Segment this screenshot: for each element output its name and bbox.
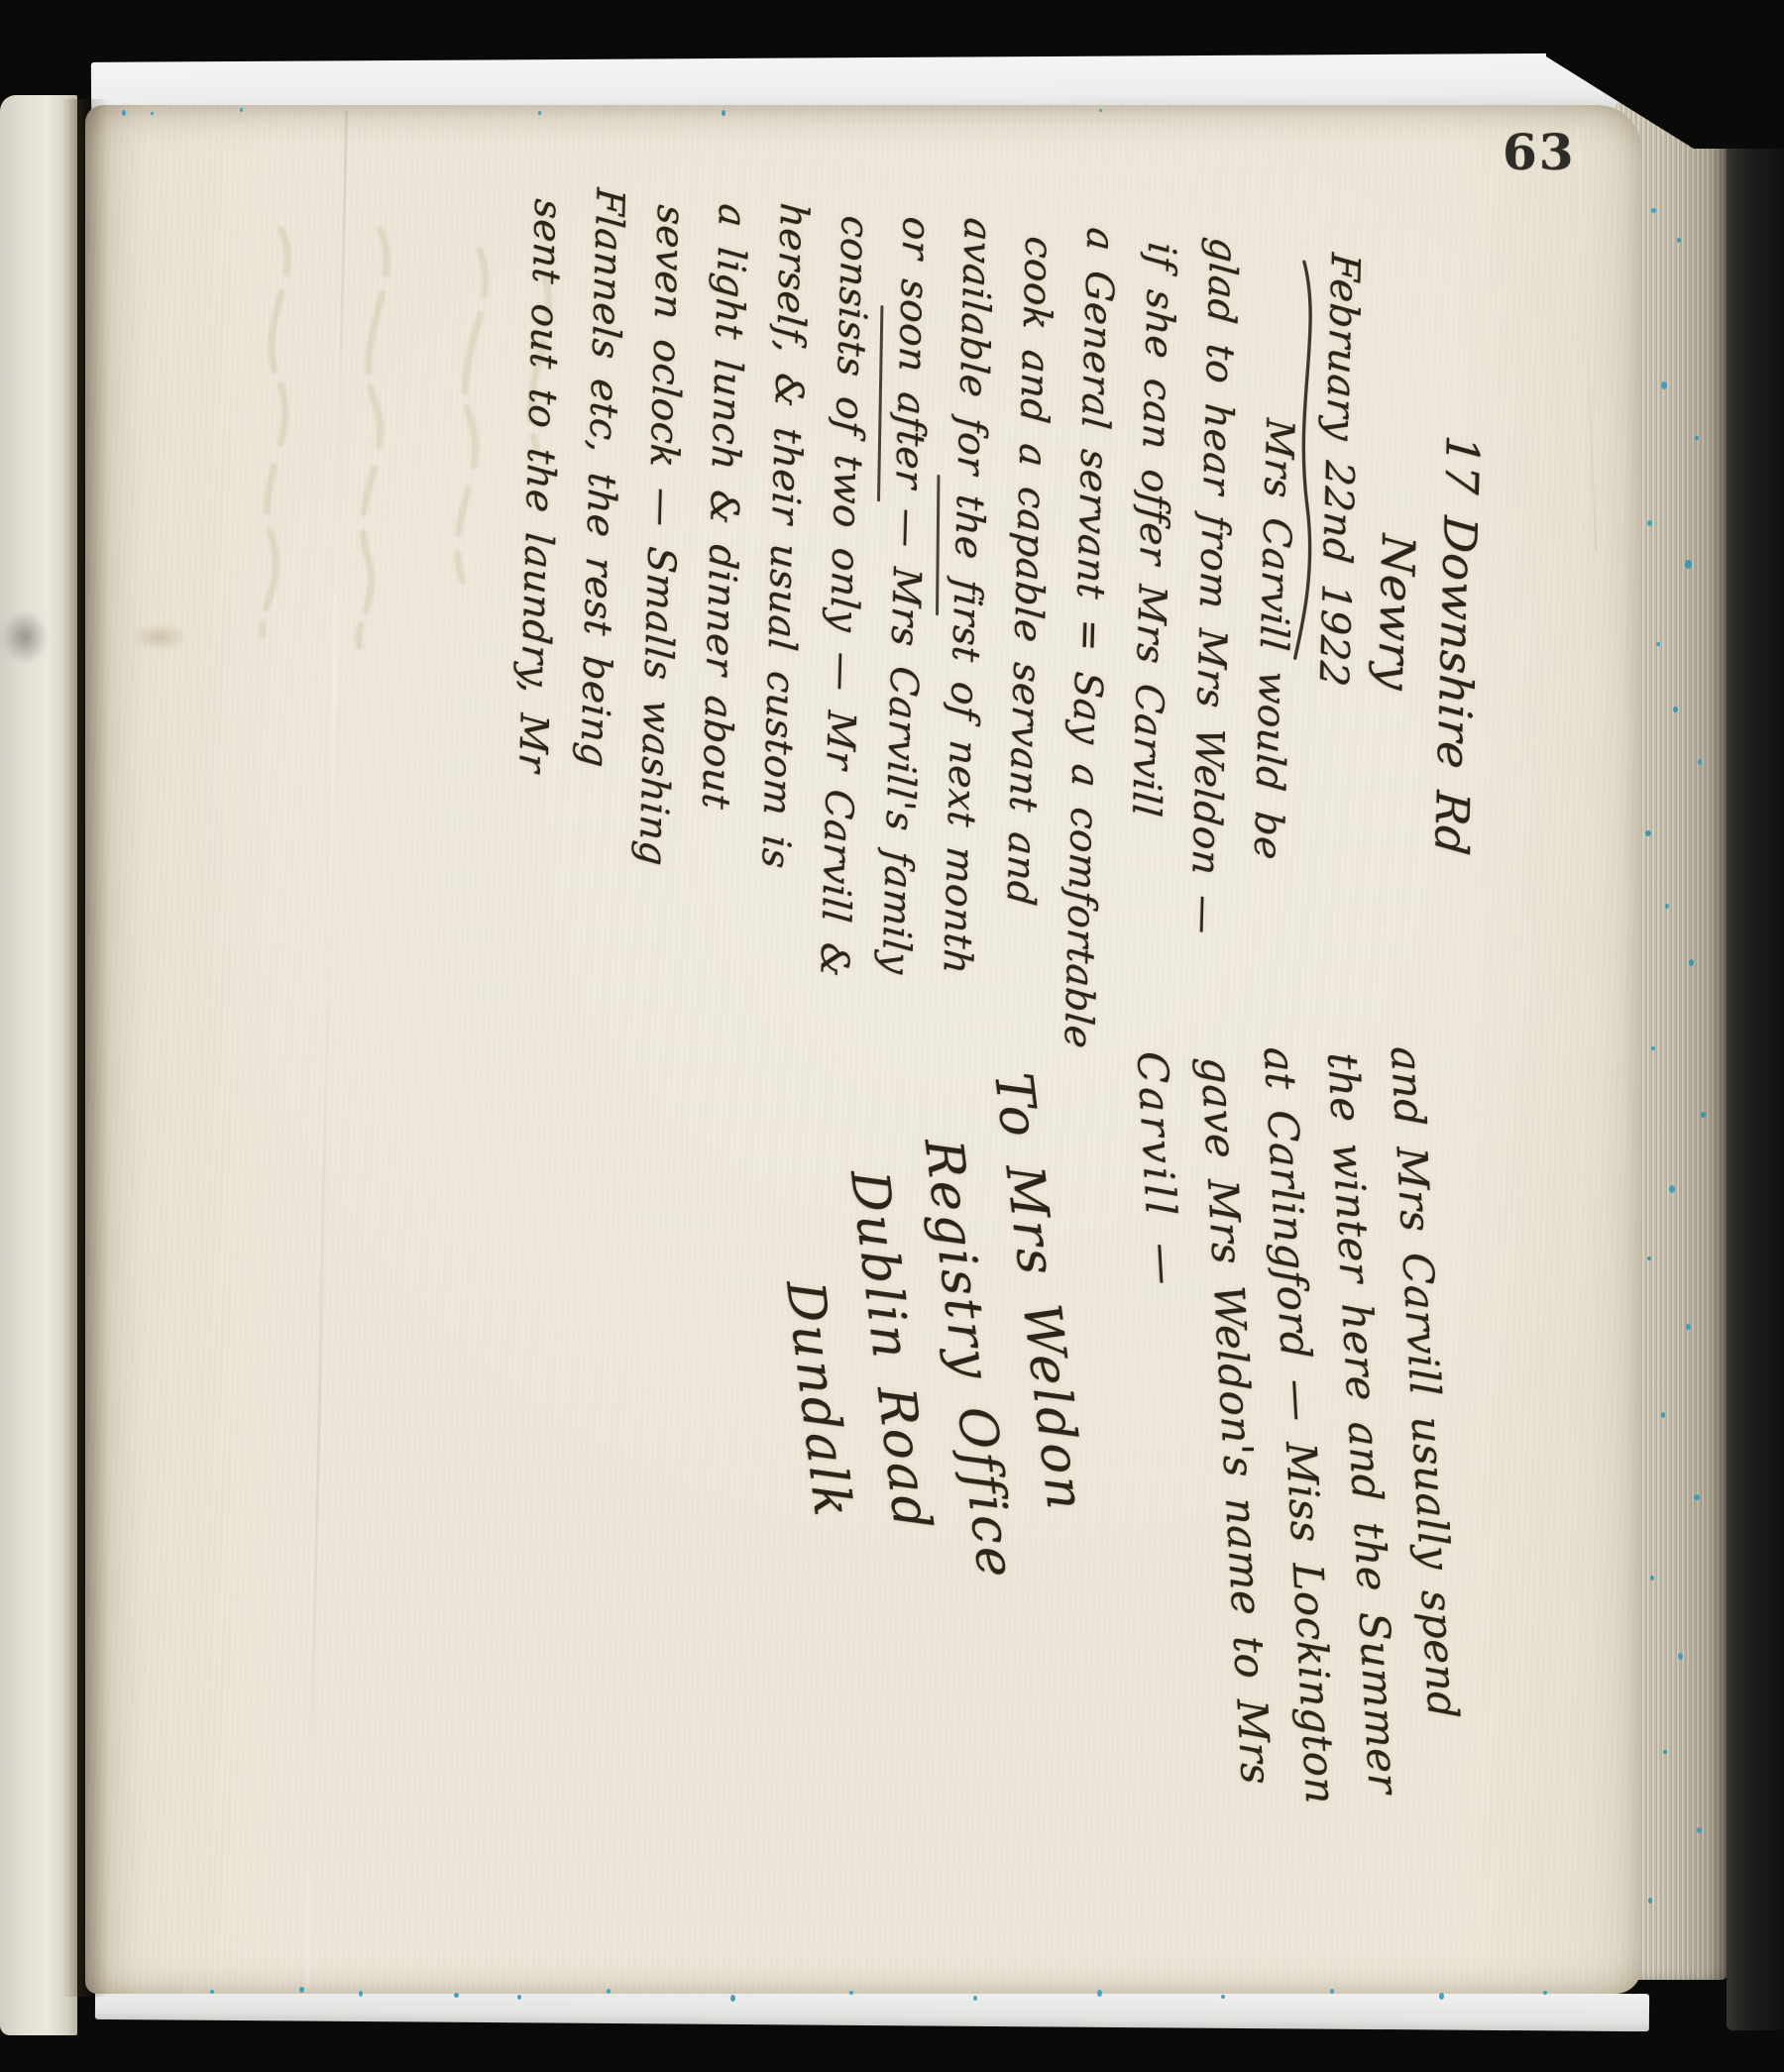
- book-scan: 63 17 Downshire RdNewryFebruary 22nd 192…: [0, 0, 1784, 2072]
- letter-body: Mrs Carvill would beglad to hear from Mr…: [493, 180, 1314, 1116]
- blue-ink-speck: [1645, 830, 1651, 836]
- blue-ink-speck: [1650, 1576, 1654, 1581]
- blue-ink-speck: [1661, 382, 1667, 389]
- blue-ink-speck: [1694, 1494, 1700, 1500]
- blue-ink-speck: [1686, 1324, 1691, 1330]
- blue-ink-speck: [1543, 1991, 1547, 1995]
- ink-smudge: [131, 624, 188, 650]
- blue-ink-speck: [454, 1993, 459, 1998]
- blue-ink-speck: [1697, 1827, 1702, 1833]
- blue-ink-speck: [849, 1991, 853, 1995]
- blue-ink-speck: [1647, 520, 1652, 526]
- blue-ink-speck: [1651, 1046, 1655, 1050]
- blue-ink-speck: [538, 111, 541, 115]
- book-gutter-shadow: [61, 99, 109, 1997]
- letter-continuation: and Mrs Carvill usually spendthe winter …: [1120, 1046, 1483, 1859]
- blue-ink-speck: [1701, 1112, 1706, 1118]
- blue-ink-speck: [1678, 1653, 1683, 1660]
- ink-smudge: [2, 610, 48, 664]
- blue-ink-speck: [240, 108, 243, 112]
- handwritten-letter: 17 Downshire RdNewryFebruary 22nd 1922 M…: [428, 226, 1499, 1821]
- blue-ink-speck: [1677, 238, 1681, 243]
- blue-ink-speck: [1651, 208, 1656, 213]
- blue-ink-speck: [730, 1995, 735, 2002]
- blue-ink-speck: [1665, 904, 1669, 909]
- blue-ink-speck: [1656, 642, 1660, 646]
- blue-ink-speck: [1221, 1995, 1225, 1999]
- blue-ink-speck: [151, 112, 154, 115]
- blue-ink-speck: [1698, 759, 1702, 765]
- blue-ink-speck: [1330, 1989, 1334, 1994]
- blue-ink-speck: [722, 110, 725, 116]
- blue-ink-speck: [1647, 1256, 1651, 1260]
- blue-ink-speck: [122, 110, 126, 116]
- blue-ink-speck: [299, 1987, 304, 1993]
- blue-ink-speck: [1648, 1898, 1652, 1904]
- blue-ink-speck: [1097, 1990, 1102, 1997]
- blue-ink-speck: [517, 1995, 521, 2000]
- blue-ink-speck: [1689, 959, 1694, 966]
- blue-ink-speck: [1695, 436, 1699, 440]
- book-cover-edge: [1727, 83, 1784, 2030]
- blue-ink-speck: [1663, 1750, 1667, 1754]
- blue-ink-speck: [1661, 1412, 1665, 1418]
- letter-main-block: 17 Downshire RdNewryFebruary 22nd 1922 M…: [493, 180, 1499, 1131]
- blue-ink-speck: [210, 1990, 214, 1994]
- blue-ink-speck: [607, 1989, 611, 1994]
- letter-heading: 17 Downshire RdNewryFebruary 22nd 1922: [1290, 245, 1499, 1132]
- letter-address-block: To Mrs WeldonRegistry OfficeDublin RoadD…: [741, 1070, 1148, 1873]
- blue-ink-speck: [359, 1991, 363, 1997]
- page-number: 63: [1503, 123, 1576, 181]
- blue-ink-speck: [1099, 109, 1102, 112]
- blue-ink-speck: [1439, 1993, 1444, 2000]
- blue-ink-speck: [1673, 707, 1678, 712]
- blue-ink-speck: [1685, 560, 1692, 569]
- blue-ink-speck: [1669, 1185, 1675, 1193]
- blue-ink-speck: [973, 1996, 977, 2001]
